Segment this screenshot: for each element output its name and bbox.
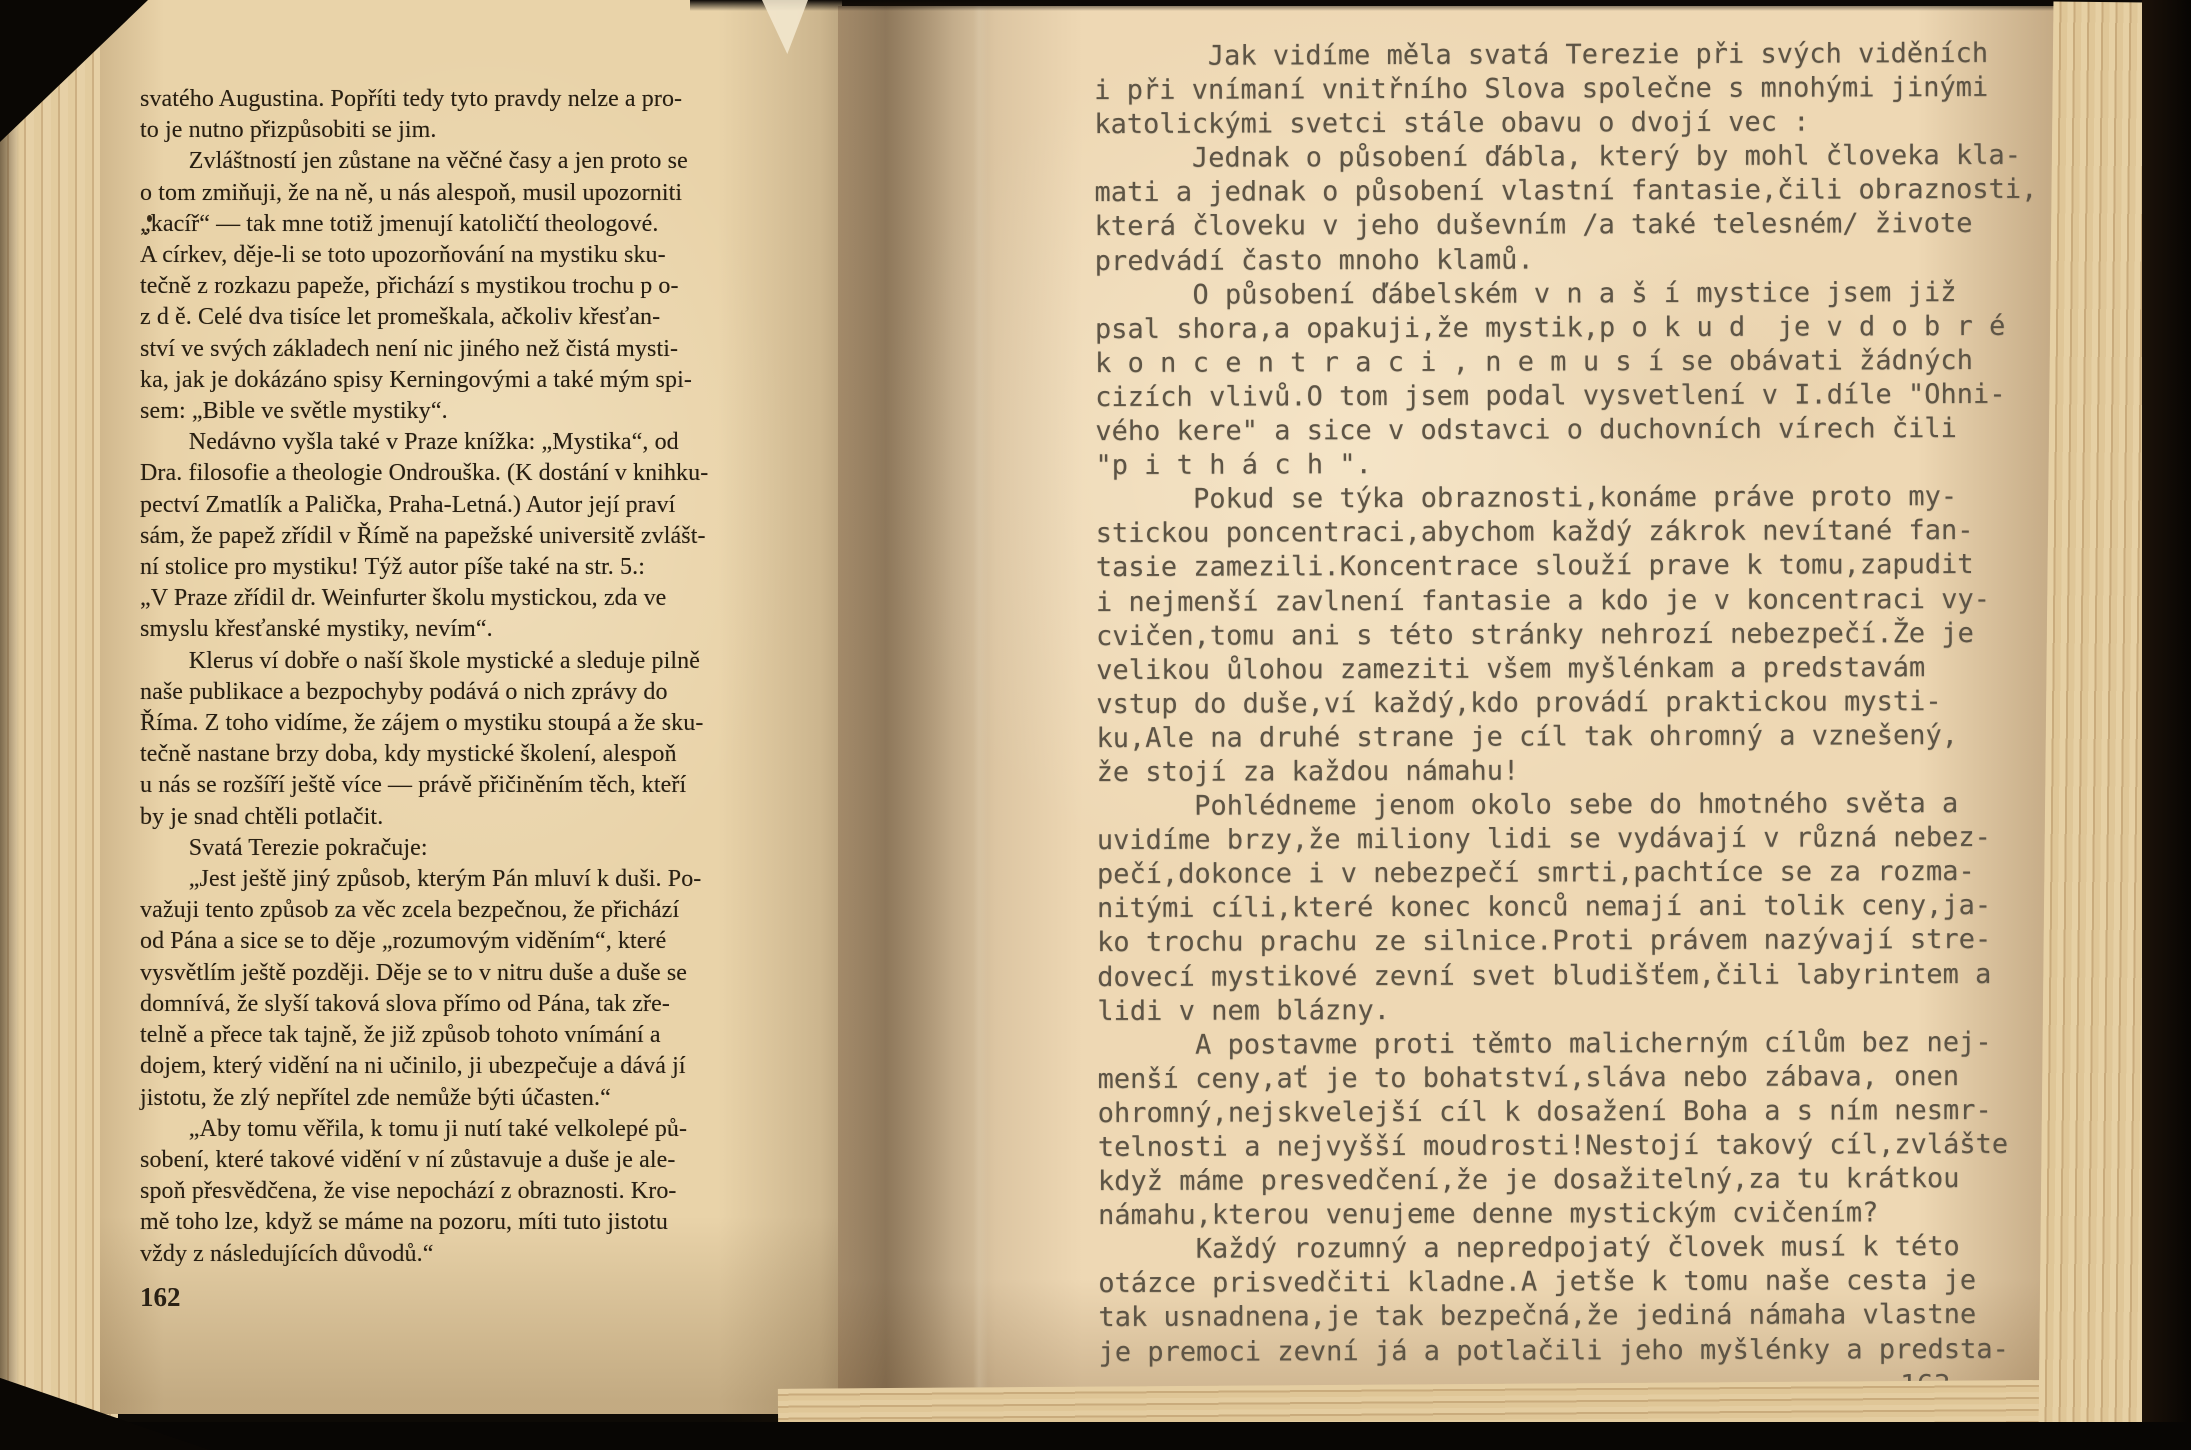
text-line: „kacíř“ — tak mne totiž jmenují katoličt… (140, 209, 760, 240)
text-line: jistotu, že zlý nepřítel zde nemůže býti… (140, 1083, 760, 1114)
text-line: "p i t h á c h ". (1095, 446, 2038, 483)
text-line: že stojí za každou námahu! (1096, 753, 2039, 790)
text-line: O působení ďábelském v n a š í mystice j… (1095, 275, 2038, 312)
text-line: Říma. Z toho vidíme, že zájem o mystiku … (140, 708, 760, 739)
book-photo: svatého Augustina. Popříti tedy tyto pra… (0, 0, 2191, 1450)
text-line: Zvláštností jen zůstane na věčné časy a … (140, 146, 760, 177)
text-line: která človeku v jeho duševním /a také te… (1095, 207, 2038, 244)
text-line: sám, že papež zřídil v Římě na papežské … (140, 521, 760, 552)
bottom-photo-edge (0, 1422, 2191, 1450)
text-line: Dra. filosofie a theologie Ondrouška. (K… (140, 458, 760, 489)
text-line: ko trochu prachu ze silnice.Proti právem… (1097, 923, 2040, 960)
text-line: domnívá, že slyší taková slova přímo od … (140, 989, 760, 1020)
text-line: tasie zamezili.Koncentrace slouží prave … (1096, 548, 2039, 585)
text-line: Nedávno vyšla také v Praze knížka: „Myst… (140, 427, 760, 458)
text-line: pečí,dokonce i v nebezpečí smrti,pachtíc… (1097, 855, 2040, 892)
text-line: cizích vlivů.O tom jsem podal vysvetlení… (1095, 378, 2038, 415)
text-line: tečně nastane brzy doba, kdy mystické šk… (140, 739, 760, 770)
top-photo-edge (690, 0, 2191, 11)
text-line: cvičen,tomu ani s této stránky nehrozí n… (1096, 616, 2039, 653)
text-line: vysvětlím ještě později. Děje se to v ni… (140, 958, 760, 989)
text-line: Svatá Terezie pokračuje: (140, 833, 760, 864)
text-line: A postavme proti těmto malicherným cílům… (1097, 1025, 2040, 1062)
text-line: by je snad chtěli potlačit. (140, 802, 760, 833)
text-line: svatého Augustina. Popříti tedy tyto pra… (140, 84, 760, 115)
text-line: o tom zmiňuji, že na ně, u nás alespoň, … (140, 178, 760, 209)
text-line: sem: „Bible ve světle mystiky“. (140, 396, 760, 427)
text-line: Klerus ví dobře o naší škole mystické a … (140, 646, 760, 677)
text-line: „V Praze zřídil dr. Weinfurter školu mys… (140, 583, 760, 614)
right-page-stack-edge (2039, 1, 2158, 1428)
text-line: uvidíme brzy,že miliony lidi se vydávají… (1097, 821, 2040, 858)
text-line: spoň přesvědčena, že vise nepochází z ob… (140, 1176, 760, 1207)
text-line: lidi v nem blázny. (1097, 991, 2040, 1028)
text-line: u nás se rozšíří ještě více — právě přič… (140, 770, 760, 801)
text-line: vého kere" a sice v odstavci o duchovníc… (1095, 412, 2038, 449)
text-line: predvádí často mnoho klamů. (1095, 241, 2038, 278)
text-line: tečně z rozkazu papeže, přichází s mysti… (140, 271, 760, 302)
text-line: z d ě. Celé dva tisíce let promeškala, a… (140, 302, 760, 333)
text-line: to je nutno přizpůsobiti se jim. (140, 115, 760, 146)
text-line: pectví Zmatlík a Palička, Praha-Letná.) … (140, 490, 760, 521)
text-line: Pokud se týka obraznosti,konáme práve pr… (1096, 480, 2039, 517)
text-line: psal shora,a opakuji,že mystik,p o k u d… (1095, 309, 2038, 346)
text-line: Jak vidíme měla svatá Terezie při svých … (1094, 37, 2037, 74)
text-line: vstup do duše,ví každý,kdo provádí prakt… (1096, 684, 2039, 721)
text-line: telnosti a nejvyšší moudrosti!Nestojí ta… (1098, 1128, 2041, 1165)
text-line: velikou ůlohou zameziti všem myšlénkam a… (1096, 650, 2039, 687)
text-line: mě toho lze, když se máme na pozoru, mít… (140, 1207, 760, 1238)
left-page-number: 162 (140, 1282, 181, 1313)
text-line: „Aby tomu věřila, k tomu ji nutí také ve… (140, 1114, 760, 1145)
text-line: k o n c e n t r a c i , n e m u s í se o… (1095, 344, 2038, 381)
text-line: katolickými svetci stále obavu o dvojí v… (1094, 105, 2037, 142)
text-line: otázce prisvedčiti kladne.A jetše k tomu… (1098, 1264, 2041, 1301)
text-line: tak usnadnena,je tak bezpečná,že jediná … (1098, 1298, 2041, 1335)
text-line: telně a přece tak tajně, že již způsob t… (140, 1020, 760, 1051)
text-line: i nejmenší zavlnení fantasie a kdo je v … (1096, 582, 2039, 619)
text-line: námahu,kterou venujeme denne mystickým c… (1098, 1196, 2041, 1233)
text-line: ku,Ale na druhé strane je cíl tak ohromn… (1096, 719, 2039, 756)
text-line: ohromný,nejskvelejší cíl k dosažení Boha… (1098, 1094, 2041, 1131)
text-line: menší ceny,ať je to bohatství,sláva nebo… (1098, 1060, 2041, 1097)
text-line: vždy z následujících důvodů.“ (140, 1239, 760, 1270)
text-line: Jednak o působení ďábla, který by mohl č… (1094, 139, 2037, 176)
text-line: je premoci zevní já a potlačili jeho myš… (1099, 1332, 2042, 1369)
text-line: „Jest ještě jiný způsob, kterým Pán mluv… (140, 864, 760, 895)
text-line: dovecí mystikové zevní svet bludišťem,či… (1097, 957, 2040, 994)
text-line: ní stolice pro mystiku! Týž autor píše t… (140, 552, 760, 583)
text-line: ka, jak je dokázáno spisy Kerningovými a… (140, 365, 760, 396)
text-line: važuji tento způsob za věc zcela bezpečn… (140, 895, 760, 926)
text-line: A církev, děje-li se toto upozorňování n… (140, 240, 760, 271)
right-photo-edge (2142, 0, 2191, 1450)
text-line: i při vnímaní vnitřního Slova společne s… (1094, 71, 2037, 108)
left-page-text: svatého Augustina. Popříti tedy tyto pra… (140, 84, 760, 1270)
text-line: Každý rozumný a nepredpojatý človek musí… (1098, 1230, 2041, 1267)
text-line: stickou poncentraci,abychom každý zákrok… (1096, 514, 2039, 551)
text-line: naše publikace a bezpochyby podává o nic… (140, 677, 760, 708)
text-line: nitými cíli,které konec konců nemají ani… (1097, 889, 2040, 926)
text-line: sobení, které takové vidění v ní zůstavu… (140, 1145, 760, 1176)
text-line: od Pána a sice se to děje „rozumovým vid… (140, 926, 760, 957)
text-line: mati a jednak o působení vlastní fantasi… (1094, 173, 2037, 210)
text-line: ství ve svých základech není nic jiného … (140, 334, 760, 365)
text-line: dojem, který vidění na ni učinilo, ji ub… (140, 1051, 760, 1082)
text-line: když máme presvedčení,že je dosažitelný,… (1098, 1162, 2041, 1199)
right-page-text: Jak vidíme měla svatá Terezie při svých … (1094, 37, 2041, 1370)
text-line: Pohlédneme jenom okolo sebe do hmotného … (1097, 787, 2040, 824)
text-line: smyslu křesťanské mystiky, nevím“. (140, 614, 760, 645)
